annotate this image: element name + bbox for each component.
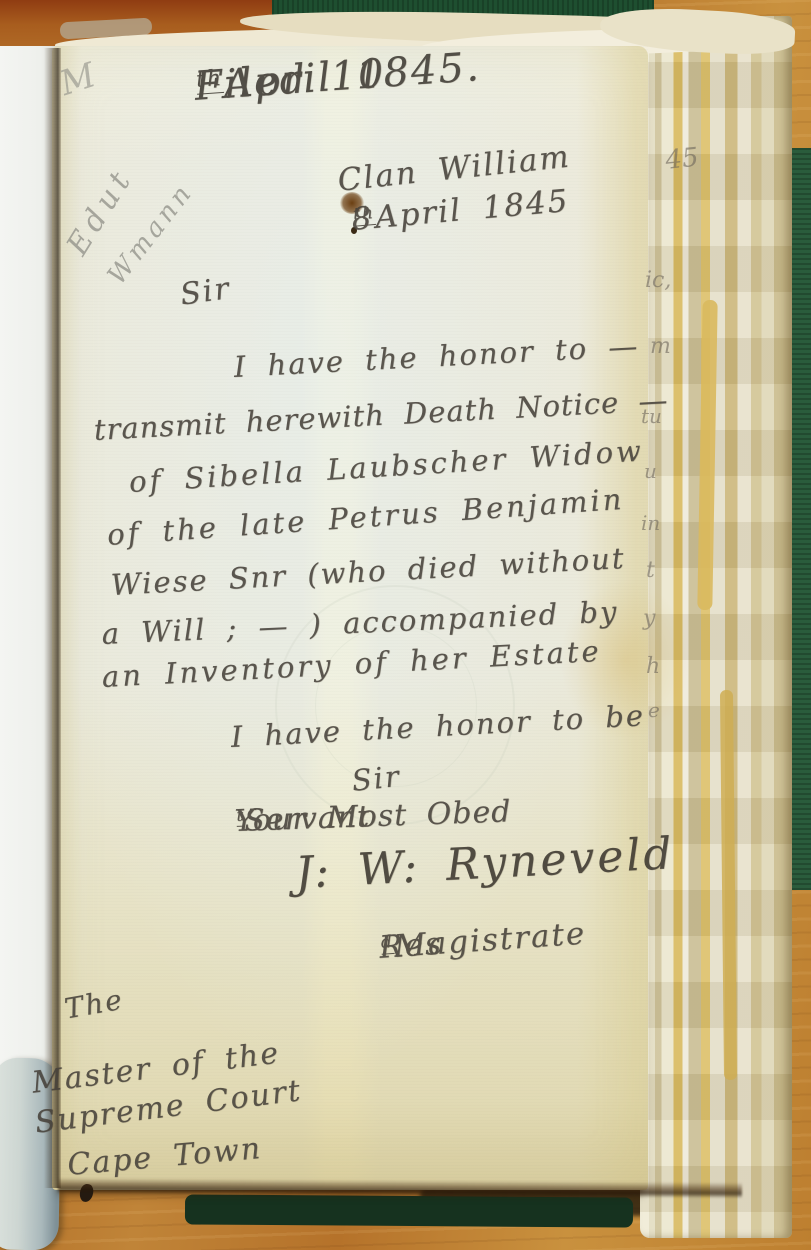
page-edge-text-fragment: ic, <box>645 268 671 293</box>
page-edge-text-fragment: t <box>646 558 655 583</box>
photographed-document: Filed 10th April 1845. Clan William 8th … <box>0 0 811 1250</box>
page-edge-text-fragment: m <box>650 334 671 359</box>
closing-line-3: Your Most Obedt Servant <box>234 804 245 839</box>
page-edge-text-fragment: 45 <box>664 143 700 176</box>
date-line: 8th April 1845 <box>350 200 377 238</box>
book-cover-cloth-bottom <box>185 1194 633 1227</box>
date-day: 8 <box>350 200 375 238</box>
page-edge-text-fragment: h <box>646 654 660 679</box>
signature-title: Resd Magistrate <box>378 929 395 966</box>
page-edge-text-fragment: y <box>643 606 655 631</box>
filing-annotation: Filed 10th April 1845. <box>193 62 225 110</box>
page-edge-text-fragment: e <box>648 698 660 722</box>
closing-text-rest: Servant <box>244 799 371 838</box>
page-edge-text-fragment: u <box>644 459 657 483</box>
page-edge-text-fragment: in <box>641 511 660 535</box>
gutter-crease-shadow <box>44 48 61 1188</box>
page-edge-text-fragment: tu <box>641 404 662 428</box>
closing-line-2: Sir <box>350 759 402 798</box>
salutation: Sir <box>178 271 233 313</box>
